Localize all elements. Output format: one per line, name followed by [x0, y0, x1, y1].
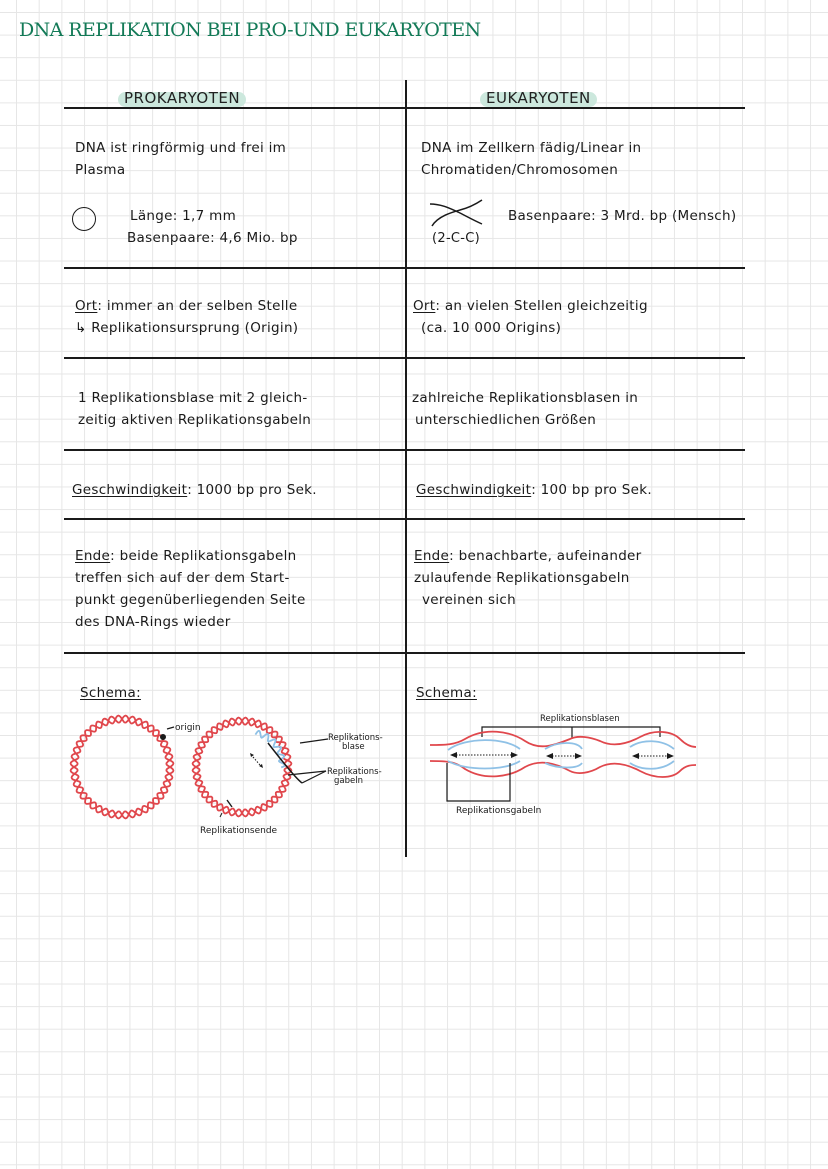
column-header-label: EUKARYOTEN — [486, 89, 591, 107]
row-divider — [64, 267, 745, 269]
label-geschwindigkeit: Geschwindigkeit — [72, 482, 187, 498]
basepairs-text: Basenpaare: 4,6 Mio. bp — [127, 227, 298, 249]
origin-marker — [160, 734, 166, 740]
size-eukaryoten: Basenpaare: 3 Mrd. bp (Mensch) — [508, 205, 736, 227]
basepairs-text: Basenpaare: 3 Mrd. bp (Mensch) — [508, 205, 736, 227]
row-divider — [64, 652, 745, 654]
location-eukaryoten: Ort: an vielen Stellen gleichzeitig (ca.… — [413, 295, 648, 339]
circle-icon — [72, 207, 96, 231]
row-divider — [64, 357, 745, 359]
speed-eukaryoten: Geschwindigkeit: 100 bp pro Sek. — [416, 479, 652, 501]
text-line: (ca. 10 000 Origins) — [421, 317, 648, 339]
ploidy-note: (2-C-C) — [432, 228, 480, 250]
text-line: zeitig aktiven Replikationsgabeln — [78, 409, 311, 431]
column-header-eukaryoten: EUKARYOTEN — [480, 89, 597, 107]
prokaryote-replication-diagram: origin Replikations- blase Replikations-… — [70, 705, 410, 845]
text-line: : immer an der selben Stelle — [97, 298, 297, 314]
text-line: zulaufende Replikationsgabeln — [414, 567, 642, 589]
speed-prokaryoten: Geschwindigkeit: 1000 bp pro Sek. — [72, 479, 317, 501]
end-prokaryoten: Ende: beide Replikationsgabeln treffen s… — [75, 545, 306, 633]
text-line: : an vielen Stellen gleichzeitig — [435, 298, 647, 314]
bubbles-prokaryoten: 1 Replikationsblase mit 2 gleich- zeitig… — [78, 387, 311, 431]
text-line: Chromatiden/Chromosomen — [421, 159, 641, 181]
column-header-label: PROKARYOTEN — [124, 89, 240, 107]
text-line: vereinen sich — [422, 589, 642, 611]
label-ort: Ort — [75, 298, 97, 314]
text-line: punkt gegenüberliegenden Seite — [75, 589, 306, 611]
label-ende: Ende — [414, 548, 449, 564]
end-label: Replikationsende — [200, 826, 278, 836]
length-text: Länge: 1,7 mm — [130, 205, 298, 227]
row-divider — [64, 449, 745, 451]
text-line: 1 Replikationsblase mit 2 gleich- — [78, 387, 311, 409]
label-ort: Ort — [413, 298, 435, 314]
circular-dna-ring — [71, 716, 174, 819]
column-header-prokaryoten: PROKARYOTEN — [118, 89, 246, 107]
structure-prokaryoten: DNA ist ringförmig und frei im Plasma — [75, 137, 286, 181]
text-line: ↳ Replikationsursprung (Origin) — [75, 317, 298, 339]
text-line: DNA ist ringförmig und frei im — [75, 137, 286, 159]
label-geschwindigkeit: Geschwindigkeit — [416, 482, 531, 498]
crossed-chromatid-icon — [428, 198, 488, 228]
origin-label: origin — [175, 723, 201, 733]
text-line: unterschiedlichen Größen — [415, 409, 638, 431]
bubbles-label: Replikationsblasen — [540, 714, 620, 724]
label-ende: Ende — [75, 548, 110, 564]
schema-label-prokaryoten: Schema: — [80, 682, 141, 704]
size-prokaryoten: Länge: 1,7 mm Basenpaare: 4,6 Mio. bp — [130, 205, 298, 249]
location-prokaryoten: Ort: immer an der selben Stelle ↳ Replik… — [75, 295, 298, 339]
end-eukaryoten: Ende: benachbarte, aufeinander zulaufend… — [414, 545, 642, 611]
replicating-dna-ring — [193, 718, 292, 817]
bubble-label: blase — [342, 742, 365, 752]
text-line: Plasma — [75, 159, 286, 181]
forks-label: gabeln — [334, 776, 363, 786]
row-divider — [64, 518, 745, 520]
bubbles-eukaryoten: zahlreiche Replikationsblasen in untersc… — [412, 387, 638, 431]
header-rule — [64, 107, 745, 109]
text-line: treffen sich auf der dem Start- — [75, 567, 306, 589]
text-line: des DNA-Rings wieder — [75, 611, 306, 633]
speed-value: : 1000 bp pro Sek. — [187, 482, 317, 498]
schema-label-eukaryoten: Schema: — [416, 682, 477, 704]
structure-eukaryoten: DNA im Zellkern fädig/Linear in Chromati… — [421, 137, 641, 181]
speed-value: : 100 bp pro Sek. — [531, 482, 652, 498]
eukaryote-replication-diagram: Replikationsblasen Replikationsgabeln — [430, 705, 700, 825]
page-title: DNA REPLIKATION BEI PRO-UND EUKARYOTEN — [19, 19, 481, 41]
text-line: DNA im Zellkern fädig/Linear in — [421, 137, 641, 159]
text-line: : beide Replikationsgabeln — [110, 548, 296, 564]
forks-label: Replikationsgabeln — [456, 806, 541, 816]
text-line: : benachbarte, aufeinander — [449, 548, 641, 564]
text-line: zahlreiche Replikationsblasen in — [412, 387, 638, 409]
